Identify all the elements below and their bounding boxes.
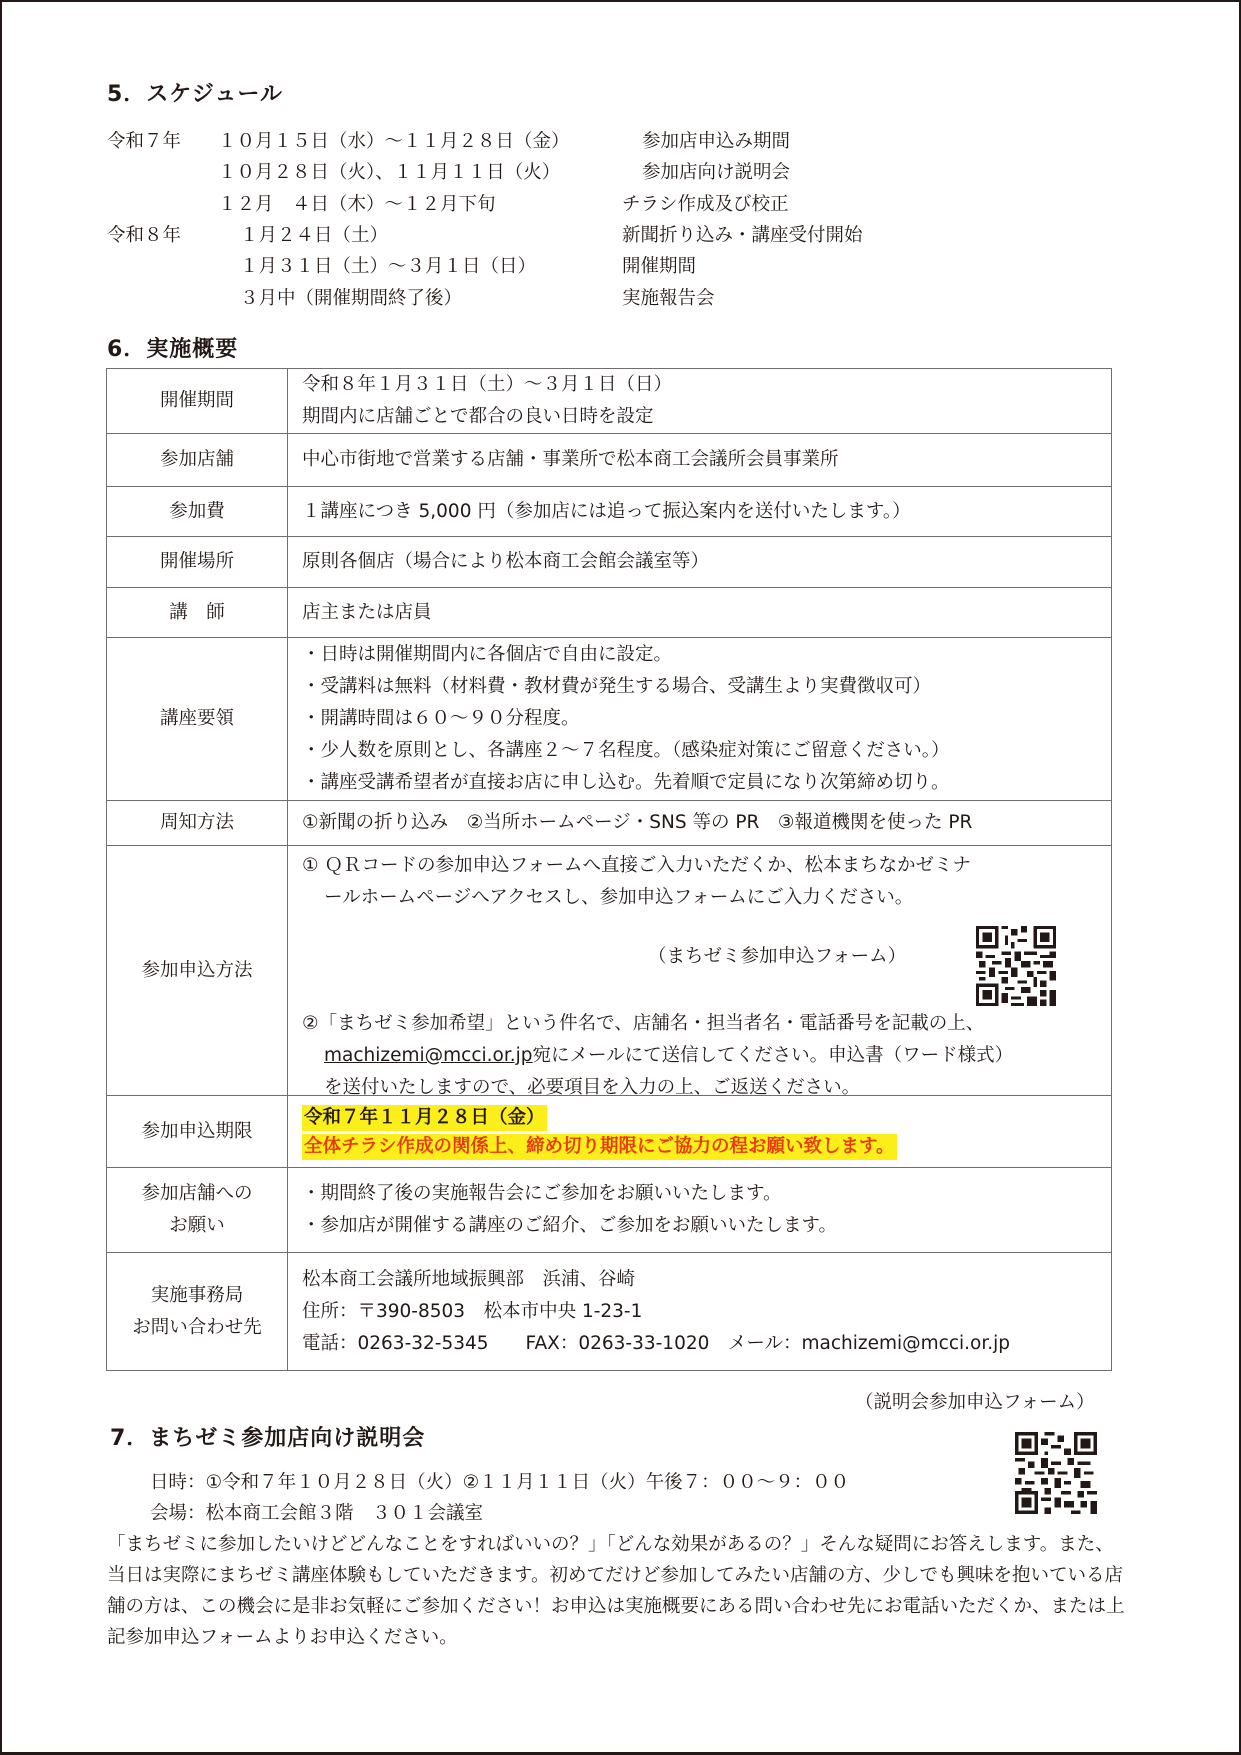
schedule-date: １０月１５日（水）～１１月２８日（金） <box>218 127 570 153</box>
value-line: １講座につき 5,000 円（参加店には追って振込案内を送付いたします。） <box>302 496 1111 528</box>
section6-heading: 6．実施概要 <box>107 332 238 363</box>
value-line: 令和８年１月３１日（土）～３月１日（日） <box>302 369 1111 401</box>
row-label: 参加費 <box>107 487 288 537</box>
row-value: １講座につき 5,000 円（参加店には追って振込案内を送付いたします。） <box>288 487 1112 537</box>
row-label: 開催場所 <box>107 537 288 588</box>
row-label: 実施事務局 お問い合わせ先 <box>107 1253 288 1371</box>
row-value: 原則各個店（場合により松本商工会館会議室等） <box>288 537 1112 588</box>
value-line: 原則各個店（場合により松本商工会館会議室等） <box>302 546 1111 578</box>
section5-heading: 5．スケジュール <box>107 77 283 108</box>
schedule-date: １月２４日（土） <box>240 221 388 247</box>
qr-code-icon[interactable] <box>1015 1432 1097 1514</box>
method2-text-line2: machizemi@mcci.or.jp宛にメールにて送信してください。申込書（… <box>324 1040 1013 1072</box>
row-label: 参加申込方法 <box>107 846 288 1096</box>
email-link[interactable]: machizemi@mcci.or.jp <box>324 1045 533 1066</box>
schedule-date: １２月 ４日（木）～１２月下旬 <box>218 190 496 216</box>
qr-caption: （まちゼミ参加申込フォーム） <box>648 941 906 973</box>
method1-text: ① ＱＲコードの参加申込フォームへ直接ご入力いただくか、松本まちなかゼミナ <box>302 850 1111 882</box>
method2-text: を送付いたしますので、必要項目を入力の上、ご返送ください。 <box>324 1072 860 1104</box>
row-value: ① ＱＲコードの参加申込フォームへ直接ご入力いただくか、松本まちなかゼミナ ール… <box>288 846 1112 1096</box>
row-label: 講 師 <box>107 588 288 638</box>
value-line: ・日時は開催期間内に各個店で自由に設定。 <box>302 639 1111 671</box>
row-label: 周知方法 <box>107 801 288 846</box>
table-row: 講 師 店主または店員 <box>107 588 1112 638</box>
table-row: 実施事務局 お問い合わせ先 松本商工会議所地域振興部 浜浦、谷崎 住所：〒390… <box>107 1253 1112 1371</box>
value-line: ・受講料は無料（材料費・教材費が発生する場合、受講生より実費徴収可） <box>302 671 1111 703</box>
briefing-description: 「まちゼミに参加したいけどどんなことをすればいいの？」「どんな効果があるの？」そ… <box>107 1529 1127 1653</box>
value-line: 店主または店員 <box>302 597 1111 629</box>
briefing-qr-caption: （説明会参加申込フォーム） <box>855 1393 1095 1413</box>
schedule-event: 新聞折り込み・講座受付開始 <box>622 221 863 247</box>
row-value: ・日時は開催期間内に各個店で自由に設定。 ・受講料は無料（材料費・教材費が発生す… <box>288 638 1112 801</box>
row-value: 令和８年１月３１日（土）～３月１日（日） 期間内に店舗ごとで都合の良い日時を設定 <box>288 369 1112 434</box>
schedule-event: チラシ作成及び校正 <box>622 190 789 216</box>
schedule-date: １０月２８日（火）、１１月１１日（火） <box>218 158 560 184</box>
row-value: ・期間終了後の実施報告会にご参加をお願いいたします。 ・参加店が開催する講座のご… <box>288 1168 1112 1253</box>
row-value: ①新聞の折り込み ②当所ホームページ・SNS 等の PR ③報道機関を使った P… <box>288 801 1112 846</box>
value-line: 住所：〒390-8503 松本市中央 1-23-1 <box>302 1296 1111 1328</box>
value-line: 期間内に店舗ごとで都合の良い日時を設定 <box>302 401 1111 433</box>
table-row: 開催場所 原則各個店（場合により松本商工会館会議室等） <box>107 537 1112 588</box>
qr-code-icon[interactable] <box>976 926 1056 1006</box>
schedule-event: 開催期間 <box>622 252 696 278</box>
briefing-venue: 会場：松本商工会館３階 ３０１会議室 <box>150 1504 483 1524</box>
value-line: ・期間終了後の実施報告会にご参加をお願いいたします。 <box>302 1178 1111 1210</box>
table-row: 参加費 １講座につき 5,000 円（参加店には追って振込案内を送付いたします。… <box>107 487 1112 537</box>
schedule-date: ３月中（開催期間終了後） <box>240 284 462 310</box>
schedule-event: 参加店申込み期間 <box>642 127 790 153</box>
row-label: 参加店舗への お願い <box>107 1168 288 1253</box>
schedule-event: 参加店向け説明会 <box>642 158 790 184</box>
table-row: 参加店舗 中心市街地で営業する店舗・事業所で松本商工会議所会員事業所 <box>107 434 1112 487</box>
table-row: 参加店舗への お願い ・期間終了後の実施報告会にご参加をお願いいたします。 ・参… <box>107 1168 1112 1253</box>
row-label: 参加店舗 <box>107 434 288 487</box>
row-label: 開催期間 <box>107 369 288 434</box>
label-line: 実施事務局 <box>107 1280 287 1312</box>
row-value: 令和７年１１月２８日（金） 全体チラシ作成の関係上、締め切り期限にご協力の程お願… <box>288 1096 1112 1168</box>
value-line: 電話：0263-32-5345 FAX：0263-33-1020 メール：mac… <box>302 1328 1111 1360</box>
table-row: 開催期間 令和８年１月３１日（土）～３月１日（日） 期間内に店舗ごとで都合の良い… <box>107 369 1112 434</box>
table-row: 講座要領 ・日時は開催期間内に各個店で自由に設定。 ・受講料は無料（材料費・教材… <box>107 638 1112 801</box>
schedule-date: １月３１日（土）～３月１日（日） <box>240 252 536 278</box>
row-value: 中心市街地で営業する店舗・事業所で松本商工会議所会員事業所 <box>288 434 1112 487</box>
value-line: 中心市街地で営業する店舗・事業所で松本商工会議所会員事業所 <box>302 444 1111 476</box>
table-row: 周知方法 ①新聞の折り込み ②当所ホームページ・SNS 等の PR ③報道機関を… <box>107 801 1112 846</box>
method2-text: 宛にメールにて送信してください。申込書（ワード様式） <box>533 1045 1014 1066</box>
deadline-notice: 全体チラシ作成の関係上、締め切り期限にご協力の程お願い致します。 <box>302 1134 897 1160</box>
section7-heading: 7．まちゼミ参加店向け説明会 <box>110 1421 425 1452</box>
table-row: 参加申込方法 ① ＱＲコードの参加申込フォームへ直接ご入力いただくか、松本まちな… <box>107 846 1112 1096</box>
row-label: 参加申込期限 <box>107 1096 288 1168</box>
schedule-year: 令和８年 <box>107 221 181 247</box>
overview-table: 開催期間 令和８年１月３１日（土）～３月１日（日） 期間内に店舗ごとで都合の良い… <box>106 368 1112 1371</box>
schedule-event: 実施報告会 <box>622 284 715 310</box>
label-line: お願い <box>107 1210 287 1242</box>
value-line: ①新聞の折り込み ②当所ホームページ・SNS 等の PR ③報道機関を使った P… <box>302 807 1111 839</box>
value-line: ・少人数を原則とし、各講座２～７名程度。（感染症対策にご留意ください。） <box>302 735 1111 767</box>
method1-text: ールホームページへアクセスし、参加申込フォームにご入力ください。 <box>302 882 1111 914</box>
row-label: 講座要領 <box>107 638 288 801</box>
value-line: ・参加店が開催する講座のご紹介、ご参加をお願いいたします。 <box>302 1210 1111 1242</box>
deadline-date: 令和７年１１月２８日（金） <box>302 1105 547 1131</box>
row-value: 松本商工会議所地域振興部 浜浦、谷崎 住所：〒390-8503 松本市中央 1-… <box>288 1253 1112 1371</box>
briefing-datetime: 日時：①令和７年１０月２８日（火）②１１月１１日（火）午後７：００～９：００ <box>150 1473 849 1493</box>
value-line: 松本商工会議所地域振興部 浜浦、谷崎 <box>302 1264 1111 1296</box>
label-line: 参加店舗への <box>107 1178 287 1210</box>
value-line: ・講座受講希望者が直接お店に申し込む。先着順で定員になり次第締め切り。 <box>302 767 1111 799</box>
row-value: 店主または店員 <box>288 588 1112 638</box>
value-line: ・開講時間は６０～９０分程度。 <box>302 703 1111 735</box>
method2-text: ②「まちゼミ参加希望」という件名で、店舗名・担当者名・電話番号を記載の上、 <box>302 1008 984 1040</box>
schedule-year: 令和７年 <box>107 127 181 153</box>
table-row: 参加申込期限 令和７年１１月２８日（金） 全体チラシ作成の関係上、締め切り期限に… <box>107 1096 1112 1168</box>
label-line: お問い合わせ先 <box>107 1312 287 1344</box>
